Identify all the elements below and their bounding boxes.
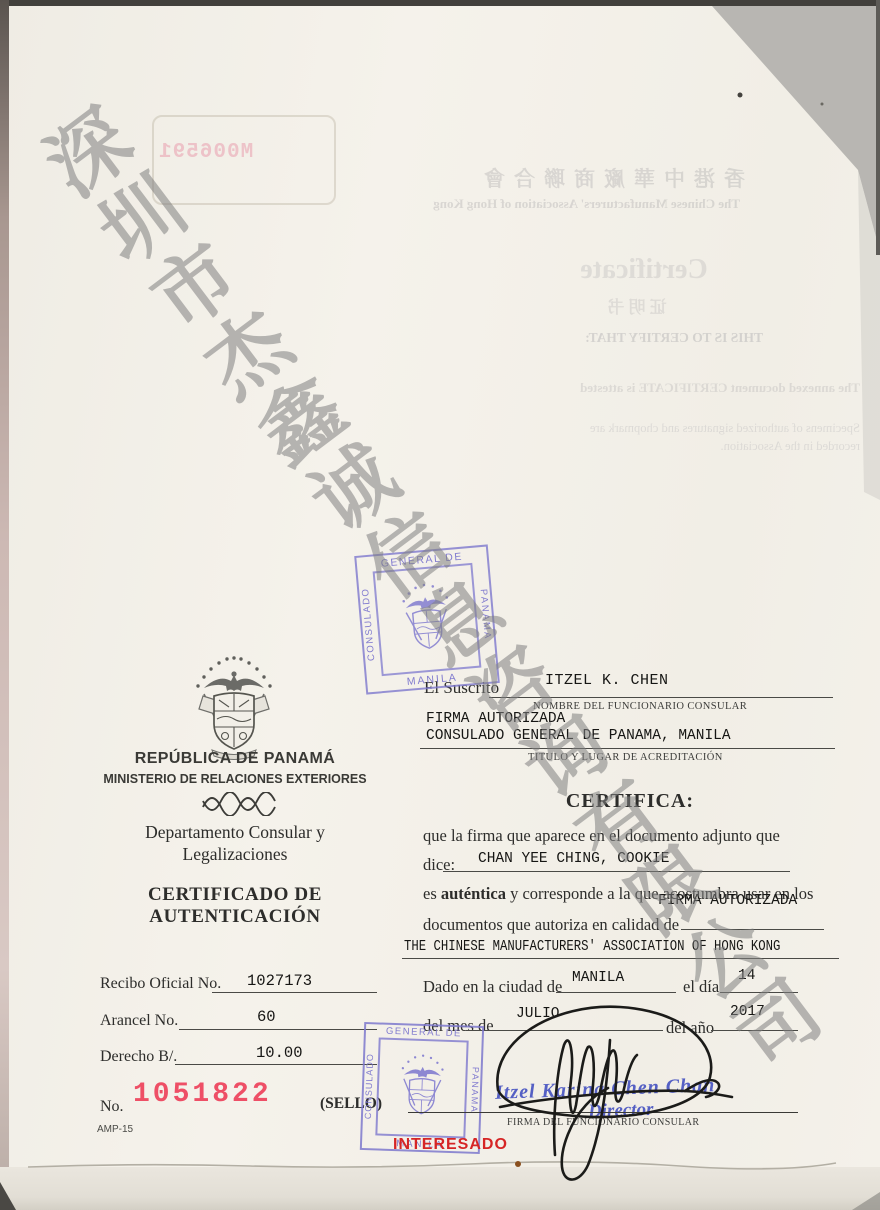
title-rule	[420, 748, 835, 749]
cert-title-line1: CERTIFICADO DE	[60, 884, 410, 906]
body-line2-pre: es	[423, 884, 441, 903]
body-line3: documentos que autoriza en calidad de	[423, 915, 679, 935]
firma-autorizada-typed: FIRMA AUTORIZADA	[658, 893, 797, 909]
bleed-attested-line: The annexed document CERTIFICATE is atte…	[428, 380, 860, 396]
department-line2: Legalizaciones	[60, 844, 410, 865]
title-value-line1: FIRMA AUTORIZADA	[426, 711, 565, 727]
suscrito-rule	[489, 697, 833, 698]
bleed-certificate-title: Certificate	[552, 254, 736, 286]
ministry-title: MINISTERIO DE RELACIONES EXTERIORES	[60, 772, 410, 786]
dice-value: CHAN YEE CHING, COOKIE	[478, 851, 669, 867]
title-caption: TITULO Y LUGAR DE ACREDITACIÓN	[528, 752, 723, 763]
panama-coat-of-arms	[184, 650, 284, 762]
association-value: THE CHINESE MANUFACTURERS' ASSOCIATION O…	[404, 938, 780, 955]
bleed-certify-heading: THIS IS TO CERTIFY THAT:	[563, 330, 763, 346]
department-line1: Departamento Consular y	[60, 822, 410, 843]
bleed-specimen-line1: Specimens of authorized signatures and c…	[430, 421, 860, 436]
bleed-line-en: The Chinese Manufacturers' Association o…	[418, 196, 740, 212]
body-line1: que la firma que aparece en el documento…	[423, 826, 780, 846]
bleed-stamp-box: M006591	[152, 115, 336, 205]
association-rule	[402, 958, 839, 959]
field-rule-recibo	[212, 992, 377, 993]
city-value: MANILA	[572, 970, 624, 986]
suscrito-value: ITZEL K. CHEN	[545, 672, 669, 689]
consular-stamp-upper: GENERAL DE MANILA CONSULADO PANAMA	[354, 544, 500, 694]
stamp-emblem	[387, 573, 466, 663]
field-label-arancel: Arancel No.	[100, 1012, 178, 1030]
field-value-arancel: 60	[257, 1008, 276, 1026]
red-receipt-number: 1051822	[133, 1079, 272, 1110]
stamp-emblem	[388, 1045, 457, 1127]
stamp-left-word: CONSULADO	[362, 1036, 375, 1136]
field-label-derecho: Derecho B/.	[100, 1048, 177, 1066]
body-line2-bold: auténtica	[441, 884, 506, 903]
certifica-heading: CERTIFICA:	[420, 790, 840, 813]
signature-scribble	[460, 985, 760, 1200]
bleed-certificate-cn: 证明书	[585, 293, 685, 318]
bleed-specimen-line2: recorded in the Association.	[585, 439, 860, 454]
title-value-line2: CONSULADO GENERAL DE PANAMA, MANILA	[426, 728, 731, 744]
cert-title-line2: AUTENTICACIÓN	[60, 906, 410, 928]
field-rule-derecho	[175, 1064, 377, 1065]
no-label: No.	[100, 1098, 124, 1116]
field-label-recibo: Recibo Oficial No.	[100, 975, 221, 993]
field-value-recibo: 1027173	[247, 972, 312, 990]
field-rule-arancel	[179, 1029, 377, 1030]
calidad-rule	[681, 929, 824, 930]
field-value-derecho: 10.00	[256, 1044, 303, 1062]
form-code: AMP-15	[97, 1124, 133, 1135]
dice-rule	[443, 871, 790, 872]
country-title: REPÚBLICA DE PANAMÁ	[60, 750, 410, 768]
bleed-line-cn: 香港中華廠商聯合會	[425, 163, 745, 193]
day-value: 14	[738, 968, 755, 984]
ornament-braid	[200, 792, 276, 816]
scanned-certificate-page: M006591 香港中華廠商聯合會 The Chinese Manufactur…	[0, 0, 880, 1210]
dice-label: dice:	[423, 855, 455, 875]
bleed-box-number: M006591	[158, 141, 253, 164]
